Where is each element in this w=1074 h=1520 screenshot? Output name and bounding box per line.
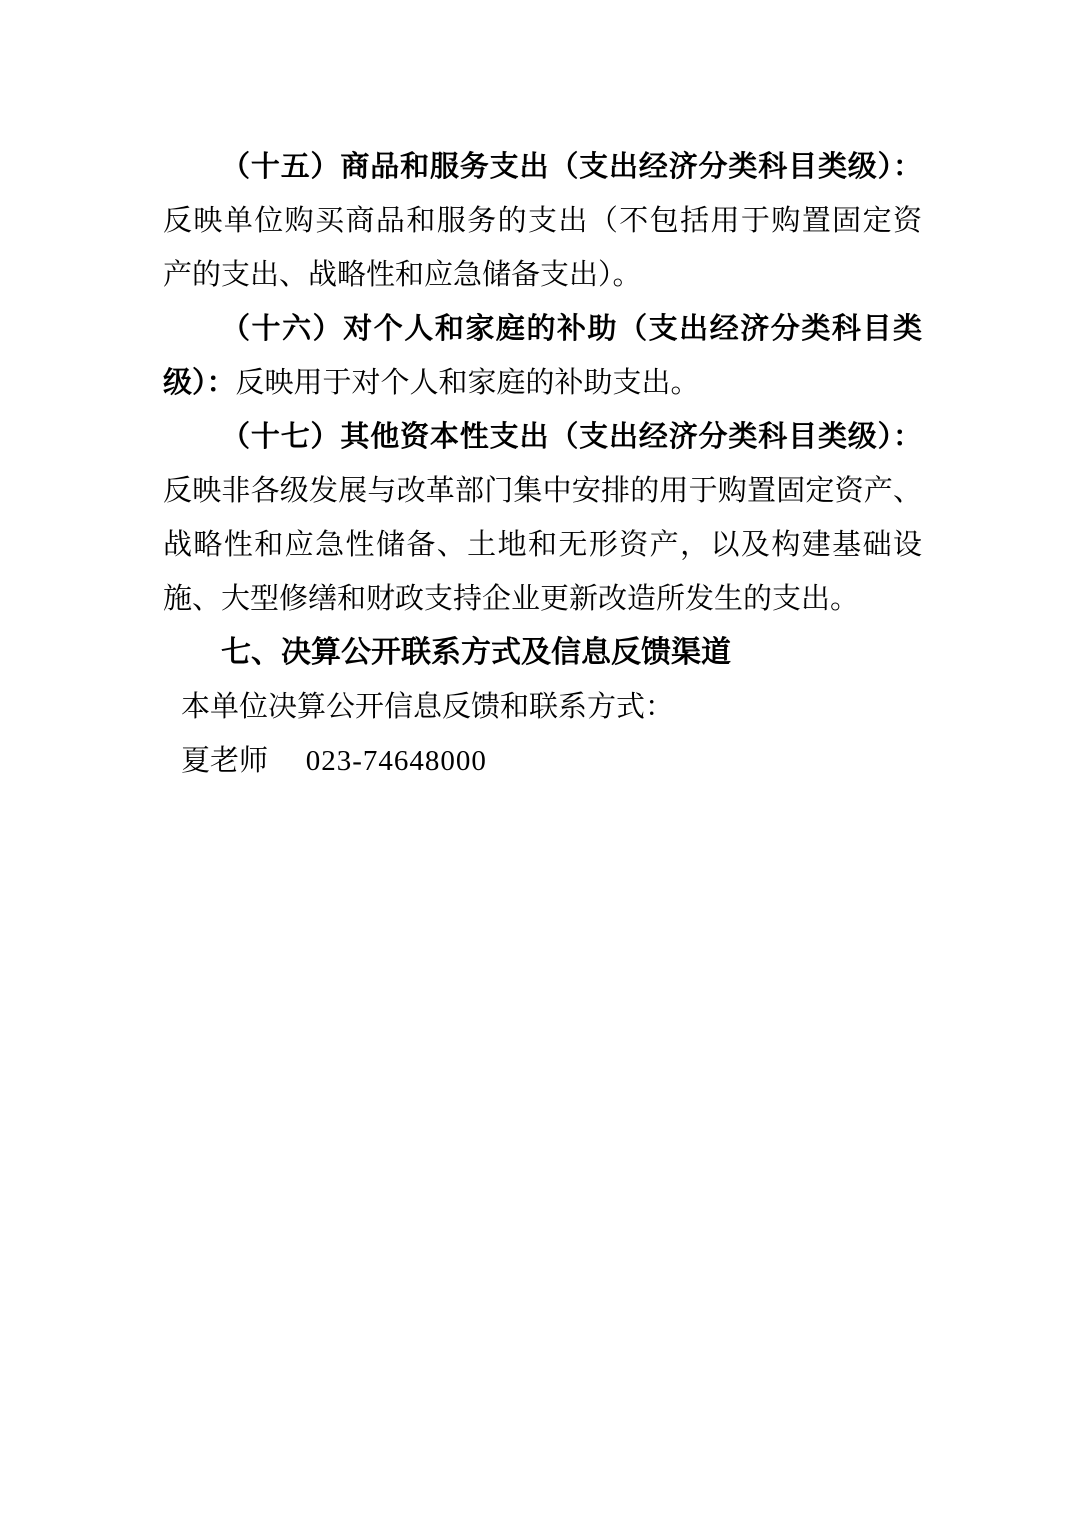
para16-heading-line: （十六）对个人和家庭的补助（支出经济分类科目类 [163,302,922,356]
para15-body-line-1: 反映单位购买商品和服务的支出（不包括用于购置固定资 [163,194,922,248]
para16-body-text: 反映用于对个人和家庭的补助支出。 [236,367,700,399]
para15-heading-text: （十五）商品和服务支出（支出经济分类科目类级）： [221,151,922,183]
para15-body-line-2: 产的支出、战略性和应急储备支出）。 [163,248,922,302]
contact-intro-text: 本单位决算公开信息反馈和联系方式： [181,691,674,723]
section7-heading-text: 七、决算公开联系方式及信息反馈渠道 [221,636,731,669]
para15-body-text-2: 产的支出、战略性和应急储备支出）。 [163,259,642,291]
document-page: （十五）商品和服务支出（支出经济分类科目类级）： 反映单位购买商品和服务的支出（… [0,0,1074,1520]
para17-body-line-2: 战略性和应急性储备、土地和无形资产，以及构建基础设 [163,518,922,572]
para17-body-line-1: 反映非各级发展与改革部门集中安排的用于购置固定资产、 [163,464,922,518]
para15-heading-line: （十五）商品和服务支出（支出经济分类科目类级）： [163,140,922,194]
section7-heading-line: 七、决算公开联系方式及信息反馈渠道 [163,626,922,680]
contact-info-line: 夏老师023-74648000 [163,734,940,788]
text-content: （十五）商品和服务支出（支出经济分类科目类级）： 反映单位购买商品和服务的支出（… [163,140,922,788]
para17-body-text-3: 施、大型修缮和财政支持企业更新改造所发生的支出。 [163,583,859,615]
para17-heading-line: （十七）其他资本性支出（支出经济分类科目类级）： [163,410,922,464]
para17-body-text-2: 战略性和应急性储备、土地和无形资产，以及构建基础设 [163,529,922,561]
para16-heading-text: （十六）对个人和家庭的补助（支出经济分类科目类 [221,313,922,345]
para16-heading-carry-text: 级）： [163,367,236,399]
para16-body-line: 级）：反映用于对个人和家庭的补助支出。 [163,356,922,410]
para17-body-text-1: 反映非各级发展与改革部门集中安排的用于购置固定资产、 [163,475,922,507]
para17-body-line-3: 施、大型修缮和财政支持企业更新改造所发生的支出。 [163,572,922,626]
contact-person: 夏老师 [181,745,268,777]
contact-intro-line: 本单位决算公开信息反馈和联系方式： [163,680,940,734]
para17-heading-text: （十七）其他资本性支出（支出经济分类科目类级）： [221,421,922,453]
para15-body-text-1: 反映单位购买商品和服务的支出（不包括用于购置固定资 [163,205,922,237]
contact-phone: 023-74648000 [306,745,487,777]
